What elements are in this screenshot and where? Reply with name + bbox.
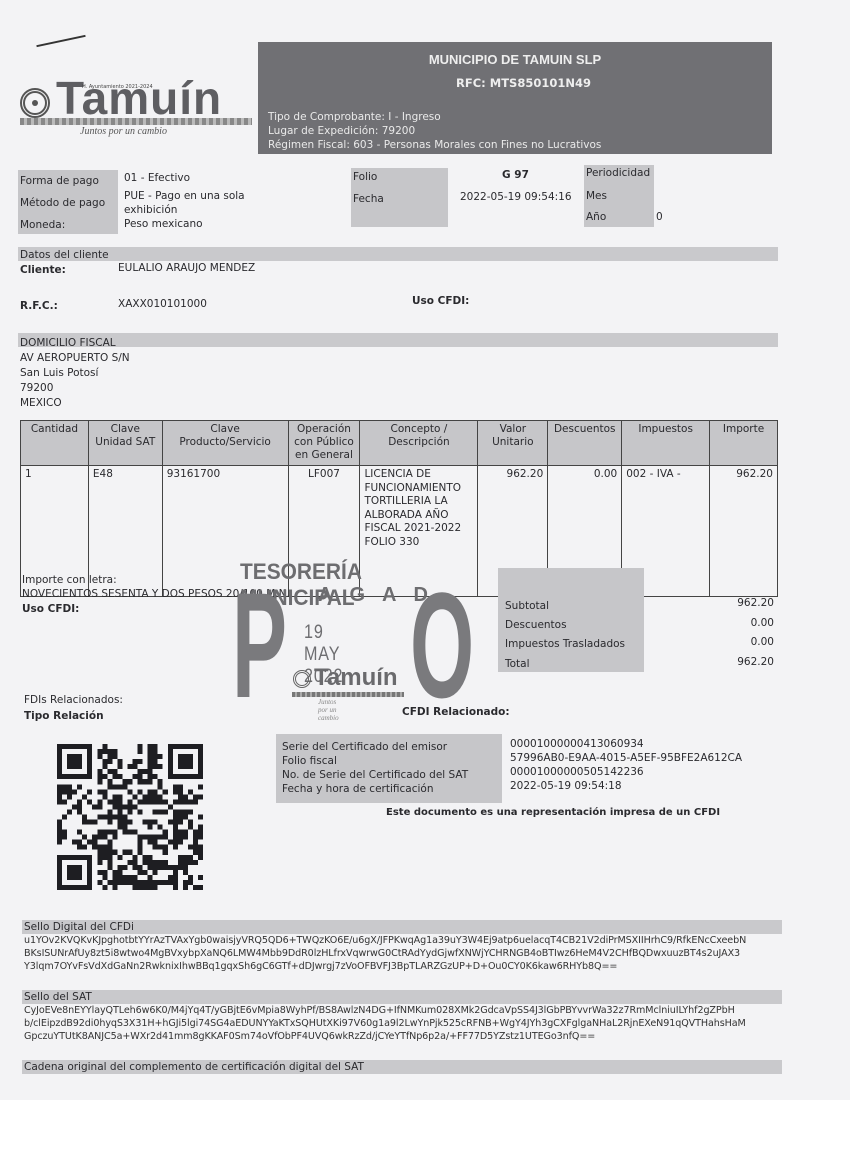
items-table-header: Cantidad Clave Unidad SAT Clave Producto… bbox=[21, 421, 778, 466]
forma-pago-value: 01 - Efectivo bbox=[124, 172, 190, 185]
moneda-label: Moneda: bbox=[20, 219, 65, 232]
anio-value: 0 bbox=[656, 211, 663, 224]
col-valor-unitario: Valor Unitario bbox=[478, 421, 548, 466]
cliente-value: EULALIO ARAUJO MENDEZ bbox=[118, 262, 255, 275]
stamp-logo-emblem-icon bbox=[293, 670, 311, 688]
col-cantidad: Cantidad bbox=[21, 421, 89, 466]
impuestos-value: 0.00 bbox=[751, 636, 774, 649]
metodo-pago-value-2: exhibición bbox=[124, 204, 177, 217]
impuestos-label: Impuestos Trasladados bbox=[505, 638, 625, 651]
metodo-pago-label: Método de pago bbox=[20, 197, 105, 210]
domicilio-band bbox=[18, 333, 778, 347]
logo-subtitle: H. Ayuntamiento 2021-2024 bbox=[82, 84, 153, 90]
total-label: Total bbox=[505, 658, 530, 671]
serie-emisor-value: 00001000000413060934 bbox=[510, 738, 644, 751]
periodicidad-label: Periodicidad bbox=[586, 167, 650, 180]
descuentos-label: Descuentos bbox=[505, 619, 567, 632]
client-rfc-label: R.F.C.: bbox=[20, 300, 58, 313]
sello-sat-band bbox=[22, 990, 782, 1004]
page-bottom-margin bbox=[0, 1100, 850, 1170]
sello-cfdi-title: Sello Digital del CFDi bbox=[24, 921, 134, 934]
logo-text: Tamuín bbox=[56, 74, 222, 122]
subtotal-label: Subtotal bbox=[505, 600, 549, 613]
col-importe: Importe bbox=[710, 421, 778, 466]
col-impuestos: Impuestos bbox=[622, 421, 710, 466]
issuer-header: MUNICIPIO DE TAMUIN SLP RFC: MTS850101N4… bbox=[258, 42, 772, 154]
col-clave-unidad: Clave Unidad SAT bbox=[88, 421, 162, 466]
issuer-rfc: RFC: MTS850101N49 bbox=[456, 76, 591, 90]
metodo-pago-value-1: PUE - Pago en una sola bbox=[124, 190, 245, 203]
logo-slogan: Juntos por un cambio bbox=[80, 126, 167, 137]
cliente-label: Cliente: bbox=[20, 264, 66, 277]
domicilio-line: MEXICO bbox=[20, 397, 62, 410]
client-section-title: Datos del cliente bbox=[20, 249, 109, 262]
stamp-big-o: O bbox=[410, 575, 474, 715]
serie-sat-label: No. de Serie del Certificado del SAT bbox=[282, 769, 468, 782]
client-rfc-value: XAXX010101000 bbox=[118, 298, 207, 311]
serie-sat-value: 00001000000505142236 bbox=[510, 766, 644, 779]
col-descuentos: Descuentos bbox=[548, 421, 622, 466]
tipo-relacion-label: Tipo Relación bbox=[24, 710, 104, 723]
anio-label: Año bbox=[586, 211, 606, 224]
client-uso-cfdi-label: Uso CFDI: bbox=[412, 295, 469, 308]
folio-fiscal-label: Folio fiscal bbox=[282, 755, 337, 768]
domicilio-line: AV AEROPUERTO S/N bbox=[20, 352, 130, 365]
tipo-comprobante: Tipo de Comprobante: I - Ingreso bbox=[268, 111, 441, 123]
subtotal-value: 962.20 bbox=[737, 597, 774, 610]
total-value: 962.20 bbox=[737, 656, 774, 669]
serie-emisor-label: Serie del Certificado del emisor bbox=[282, 741, 447, 754]
fecha-cert-value: 2022-05-19 09:54:18 bbox=[510, 780, 622, 793]
cfdi-relacionado-label: CFDI Relacionado: bbox=[402, 706, 510, 719]
stamp-logo-slogan: Juntos por un cambio bbox=[318, 698, 339, 722]
logo-emblem-icon bbox=[20, 88, 50, 118]
amount-words-label: Importe con letra: bbox=[22, 574, 117, 587]
qr-code bbox=[57, 741, 203, 893]
sello-sat-line: GpczuYTUtK8ANJC5a+WXr2d41mm8gKKAF0Sm74oV… bbox=[24, 1031, 595, 1044]
domicilio-line: San Luis Potosí bbox=[20, 367, 98, 380]
cfdi-note: Este documento es una representación imp… bbox=[386, 806, 720, 819]
forma-pago-label: Forma de pago bbox=[20, 175, 99, 188]
moneda-value: Peso mexicano bbox=[124, 218, 203, 231]
folio-label: Folio bbox=[353, 171, 377, 184]
domicilio-line: 79200 bbox=[20, 382, 53, 395]
logo-bar bbox=[20, 118, 252, 125]
sello-cfdi-line: Y3lqm7OYvFsVdXdGaNn2RwknixIhwBBq1gqxSh6g… bbox=[24, 961, 617, 974]
fecha-label: Fecha bbox=[353, 193, 384, 206]
folio-value: G 97 bbox=[502, 169, 529, 182]
lugar-expedicion: Lugar de Expedición: 79200 bbox=[268, 125, 415, 137]
stamp-logo-bar bbox=[292, 692, 404, 697]
sello-sat-line: b/clEipzdB92di0hyqS3X31H+hGJi5lgi74SG4aE… bbox=[24, 1018, 746, 1031]
issuer-logo: Tamuín H. Ayuntamiento 2021-2024 Juntos … bbox=[20, 70, 252, 140]
sello-cfdi-band bbox=[22, 920, 782, 934]
amount-uso-cfdi-label: Uso CFDI: bbox=[22, 603, 79, 616]
mes-label: Mes bbox=[586, 190, 607, 203]
col-concepto: Concepto / Descripción bbox=[360, 421, 478, 466]
cadena-title: Cadena original del complemento de certi… bbox=[24, 1061, 364, 1074]
client-section-band bbox=[18, 247, 778, 261]
items-table: Cantidad Clave Unidad SAT Clave Producto… bbox=[20, 420, 778, 597]
fecha-cert-label: Fecha y hora de certificación bbox=[282, 783, 433, 796]
sello-sat-line: CyJoEVe8nEYYlayQTLeh6w6K0/M4jYq4T/yGBjtE… bbox=[24, 1005, 735, 1018]
table-row: 1 E48 93161700 LF007 LICENCIA DE FUNCION… bbox=[21, 466, 778, 597]
cell-importe: 962.20 bbox=[710, 466, 778, 597]
descuentos-value: 0.00 bbox=[751, 617, 774, 630]
col-clave-producto: Clave Producto/Servicio bbox=[162, 421, 288, 466]
fecha-value: 2022-05-19 09:54:16 bbox=[460, 191, 572, 204]
sello-cfdi-line: u1YOv2KVQKvKJpghotbtYYrAzTVAxYgb0waisjyV… bbox=[24, 935, 746, 948]
domicilio-title: DOMICILIO FISCAL bbox=[20, 337, 116, 350]
cfdis-relacionados-label: FDIs Relacionados: bbox=[24, 694, 123, 707]
col-operacion: Operación con Público en General bbox=[288, 421, 360, 466]
sello-cfdi-line: BKsISUNrAfUy8zt5i8wtwo4MgBVxybpXaNQ6LMW4… bbox=[24, 948, 740, 961]
issuer-name: MUNICIPIO DE TAMUIN SLP bbox=[258, 52, 772, 67]
pen-mark bbox=[36, 35, 85, 47]
stamp-big-p: P bbox=[232, 575, 287, 715]
folio-fiscal-value: 57996AB0-E9AA-4015-A5EF-95BFE2A612CA bbox=[510, 752, 742, 765]
regimen-fiscal: Régimen Fiscal: 603 - Personas Morales c… bbox=[268, 139, 601, 151]
sello-sat-title: Sello del SAT bbox=[24, 991, 92, 1004]
stamp-logo-text: Tamuín bbox=[314, 664, 398, 692]
